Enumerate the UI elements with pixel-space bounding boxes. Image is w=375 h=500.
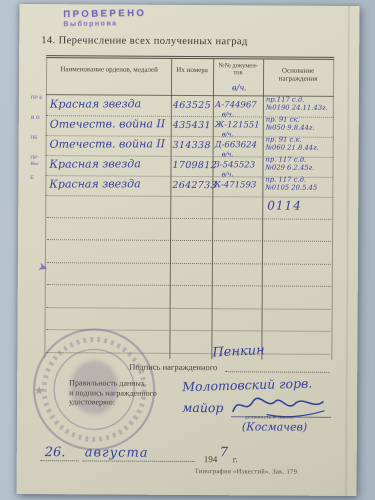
sign-label: Подпись награжденного — [129, 362, 217, 373]
col-header-numbers: Их номера — [174, 66, 210, 74]
certifier-name: (Космачев) — [242, 420, 307, 433]
document-sheet: ПРОВЕРЕНО Выборнова 14. Перечисление все… — [17, 4, 360, 496]
basis-line2: №0190 24.11.43г. — [266, 103, 328, 111]
certify-label: Правильность данных и подпись награжденн… — [69, 378, 179, 407]
award-name: Отечеств. война II — [50, 117, 165, 131]
award-number: 463525 — [173, 100, 211, 111]
sign-dotted-line — [225, 371, 329, 373]
document-number: А-744967 — [215, 100, 257, 110]
basis-line2: №029 6.2.45г. — [265, 163, 314, 171]
unit-note: в/ч. — [222, 110, 234, 118]
basis-line1: пр. 117 с.д. — [266, 155, 307, 163]
award-number: 2642733 — [172, 180, 216, 191]
verified-stamp-text: ПРОВЕРЕНО — [63, 8, 146, 20]
col-header-basis: Основание награждения — [267, 66, 329, 82]
date-month: августа — [85, 445, 149, 460]
col-header-awards: Наименование орденов, медалей — [54, 65, 164, 74]
awardee-signature: Пенкин — [212, 343, 265, 360]
extra-ink-mark: 0114 — [267, 198, 302, 212]
certifier-rank-hand: майор — [182, 400, 223, 415]
document-number: К-471593 — [214, 180, 256, 190]
certify-line3: удостоверяю: — [69, 397, 179, 407]
unit-note: в/ч. — [222, 130, 234, 138]
empty-row-line — [47, 217, 331, 220]
basis-line2: №060 21.8.44г. — [266, 143, 319, 151]
award-number: 314338 — [173, 140, 211, 151]
unit-note: в/ч. — [221, 170, 233, 178]
basis-line2: №050 9.8.44г. — [266, 123, 315, 131]
award-number: 1709812 — [172, 160, 216, 171]
document-number: Д-663624 — [215, 140, 257, 150]
award-name: Красная звезда — [49, 157, 140, 170]
certify-line1: Правильность данных — [69, 378, 179, 388]
empty-row-line — [47, 307, 331, 310]
verified-stamp: ПРОВЕРЕНО Выборнова — [63, 8, 146, 28]
award-name: Красная звезда — [49, 177, 140, 190]
date-year-hand: 7 — [220, 445, 228, 460]
margin-stamp-fragment: ПР Е — [31, 96, 46, 102]
empty-row-line — [47, 284, 331, 287]
basis-line1: пр. 91 ск. — [266, 115, 300, 123]
date-suffix: г. — [233, 454, 238, 464]
award-name: Красная звезда — [50, 97, 141, 110]
date-day: 26. — [45, 445, 66, 460]
date-dotted-line — [83, 460, 195, 462]
basis-line1: пр. 91 с.к. — [266, 135, 302, 143]
awards-table: Наименование орденов, медалей Их номера … — [44, 55, 334, 360]
basis-line1: пр. 117 с.д. — [265, 175, 306, 183]
empty-row-line — [47, 262, 331, 265]
margin-stamp-fragment: В О — [31, 116, 46, 122]
date-year-printed: 194 — [204, 454, 218, 464]
col-header-documents: №№ докумен- тов — [218, 62, 258, 76]
table-row: Е Красная звезда 2642733 в/ч. К-471593 п… — [45, 175, 333, 198]
empty-row-line — [47, 239, 331, 242]
section-title: 14. Перечисление всех полученных наград — [41, 35, 248, 47]
margin-stamp-fragment: Е — [30, 176, 45, 182]
document-number: З-545523 — [214, 160, 255, 170]
verified-stamp-name: Выборнова — [63, 20, 146, 28]
date-dotted-line — [41, 460, 79, 461]
margin-stamp-fragment: ПЕ — [31, 136, 46, 142]
award-basis: пр. 91 с.к.№060 21.8.44г. — [266, 135, 319, 151]
print-house-note: Типография «Известий». Зак. 179. — [195, 468, 299, 476]
award-basis: пр. 117 с.д.№0105 20.5.45 — [265, 175, 317, 191]
award-basis: пр. 117 с.д.№029 6.2.45г. — [265, 155, 314, 171]
paper-crease — [345, 6, 351, 496]
document-number: Ж-121551 — [215, 120, 260, 130]
margin-stamp-fragment: ПР Вы — [31, 156, 46, 167]
award-number: 435431 — [173, 120, 211, 131]
basis-line1: пр.117 с.д. — [266, 95, 305, 103]
header-unit-note: в/ч. — [232, 83, 247, 92]
award-basis: пр. 91 ск.№050 9.8.44г. — [266, 115, 315, 131]
award-name: Отечеств. война II — [50, 137, 165, 151]
basis-line2: №0105 20.5.45 — [265, 183, 317, 191]
unit-note: в/ч. — [222, 150, 234, 158]
award-basis: пр.117 с.д.№0190 24.11.43г. — [266, 95, 328, 111]
photo-background: ПРОВЕРЕНО Выборнова 14. Перечисление все… — [0, 0, 375, 500]
stamp-star-icon: ★ — [34, 385, 44, 397]
